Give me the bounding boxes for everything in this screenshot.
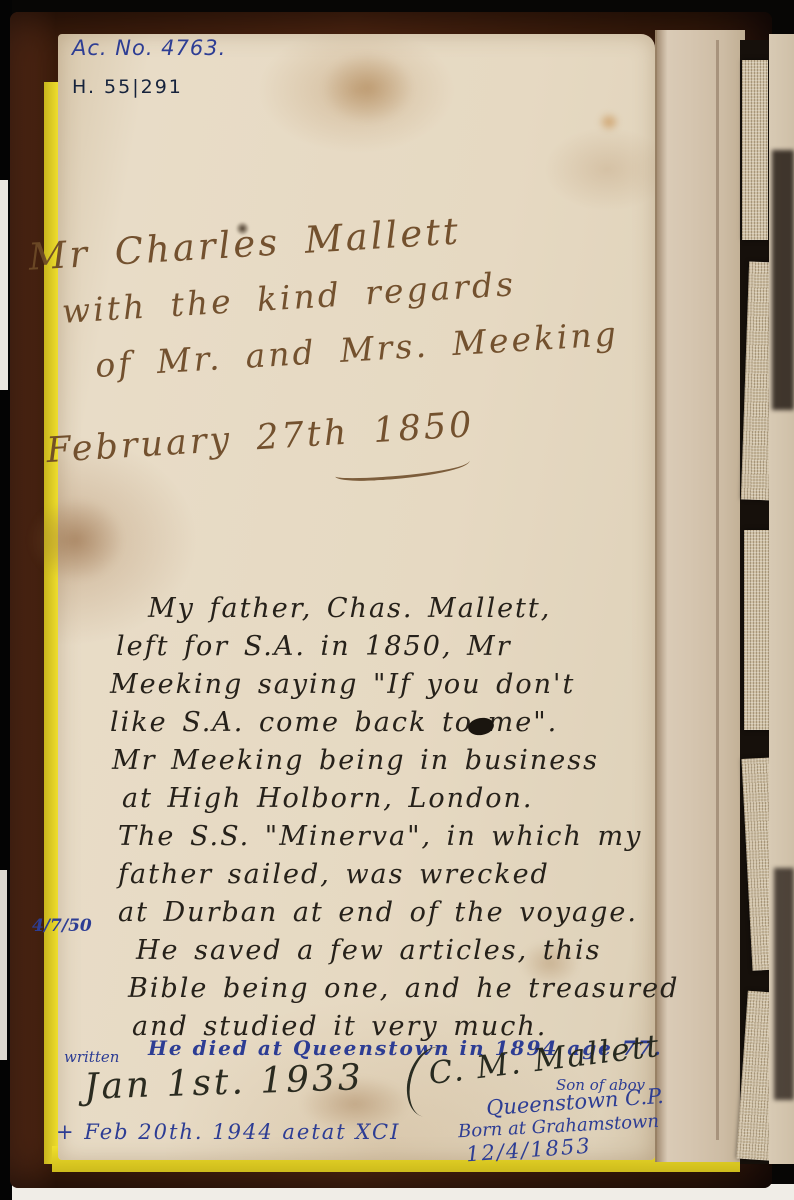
family-history-note: My father, Chas. Mallett, left for S.A. … (110, 590, 679, 1046)
note-line: at Durban at end of the voyage. (118, 894, 679, 932)
frayed-binding-cloth (744, 530, 772, 730)
frayed-binding-cloth (742, 60, 768, 240)
background-highlight (0, 870, 7, 1060)
note-line: at High Holborn, London. (122, 780, 679, 818)
note-line: Meeking saying "If you don't (110, 666, 679, 704)
page-edge-shadow (774, 868, 794, 1100)
note-line: The S.S. "Minerva", in which my (118, 818, 679, 856)
background-highlight (0, 180, 8, 390)
note-line: Bible being one, and he treasured (128, 970, 679, 1008)
gutter-crease (716, 40, 719, 1140)
note-line: My father, Chas. Mallett, (148, 590, 679, 628)
stain (322, 52, 414, 124)
page-edge-shadow (772, 150, 794, 410)
note-line: Mr Meeking being in business (112, 742, 679, 780)
accession-number: Ac. No. 4763. (72, 36, 226, 60)
margin-date-note: 4/7/50 (32, 916, 92, 936)
stain (28, 498, 124, 582)
note-line: He saved a few articles, this (136, 932, 679, 970)
presentation-inscription: Mr Charles Mallett with the kind regards… (21, 194, 625, 480)
note-line: father sailed, was wrecked (118, 856, 679, 894)
book-inside-cover-photo: Ac. No. 4763. H. 55|291 Mr Charles Malle… (0, 0, 794, 1200)
written-label: written (64, 1048, 119, 1066)
note-line: like S.A. come back to me". (110, 704, 679, 742)
death-date-note: + Feb 20th. 1944 aetat XCI (56, 1120, 400, 1144)
shelf-mark: H. 55|291 (72, 76, 183, 98)
stain (598, 112, 620, 132)
note-line: left for S.A. in 1850, Mr (116, 628, 679, 666)
